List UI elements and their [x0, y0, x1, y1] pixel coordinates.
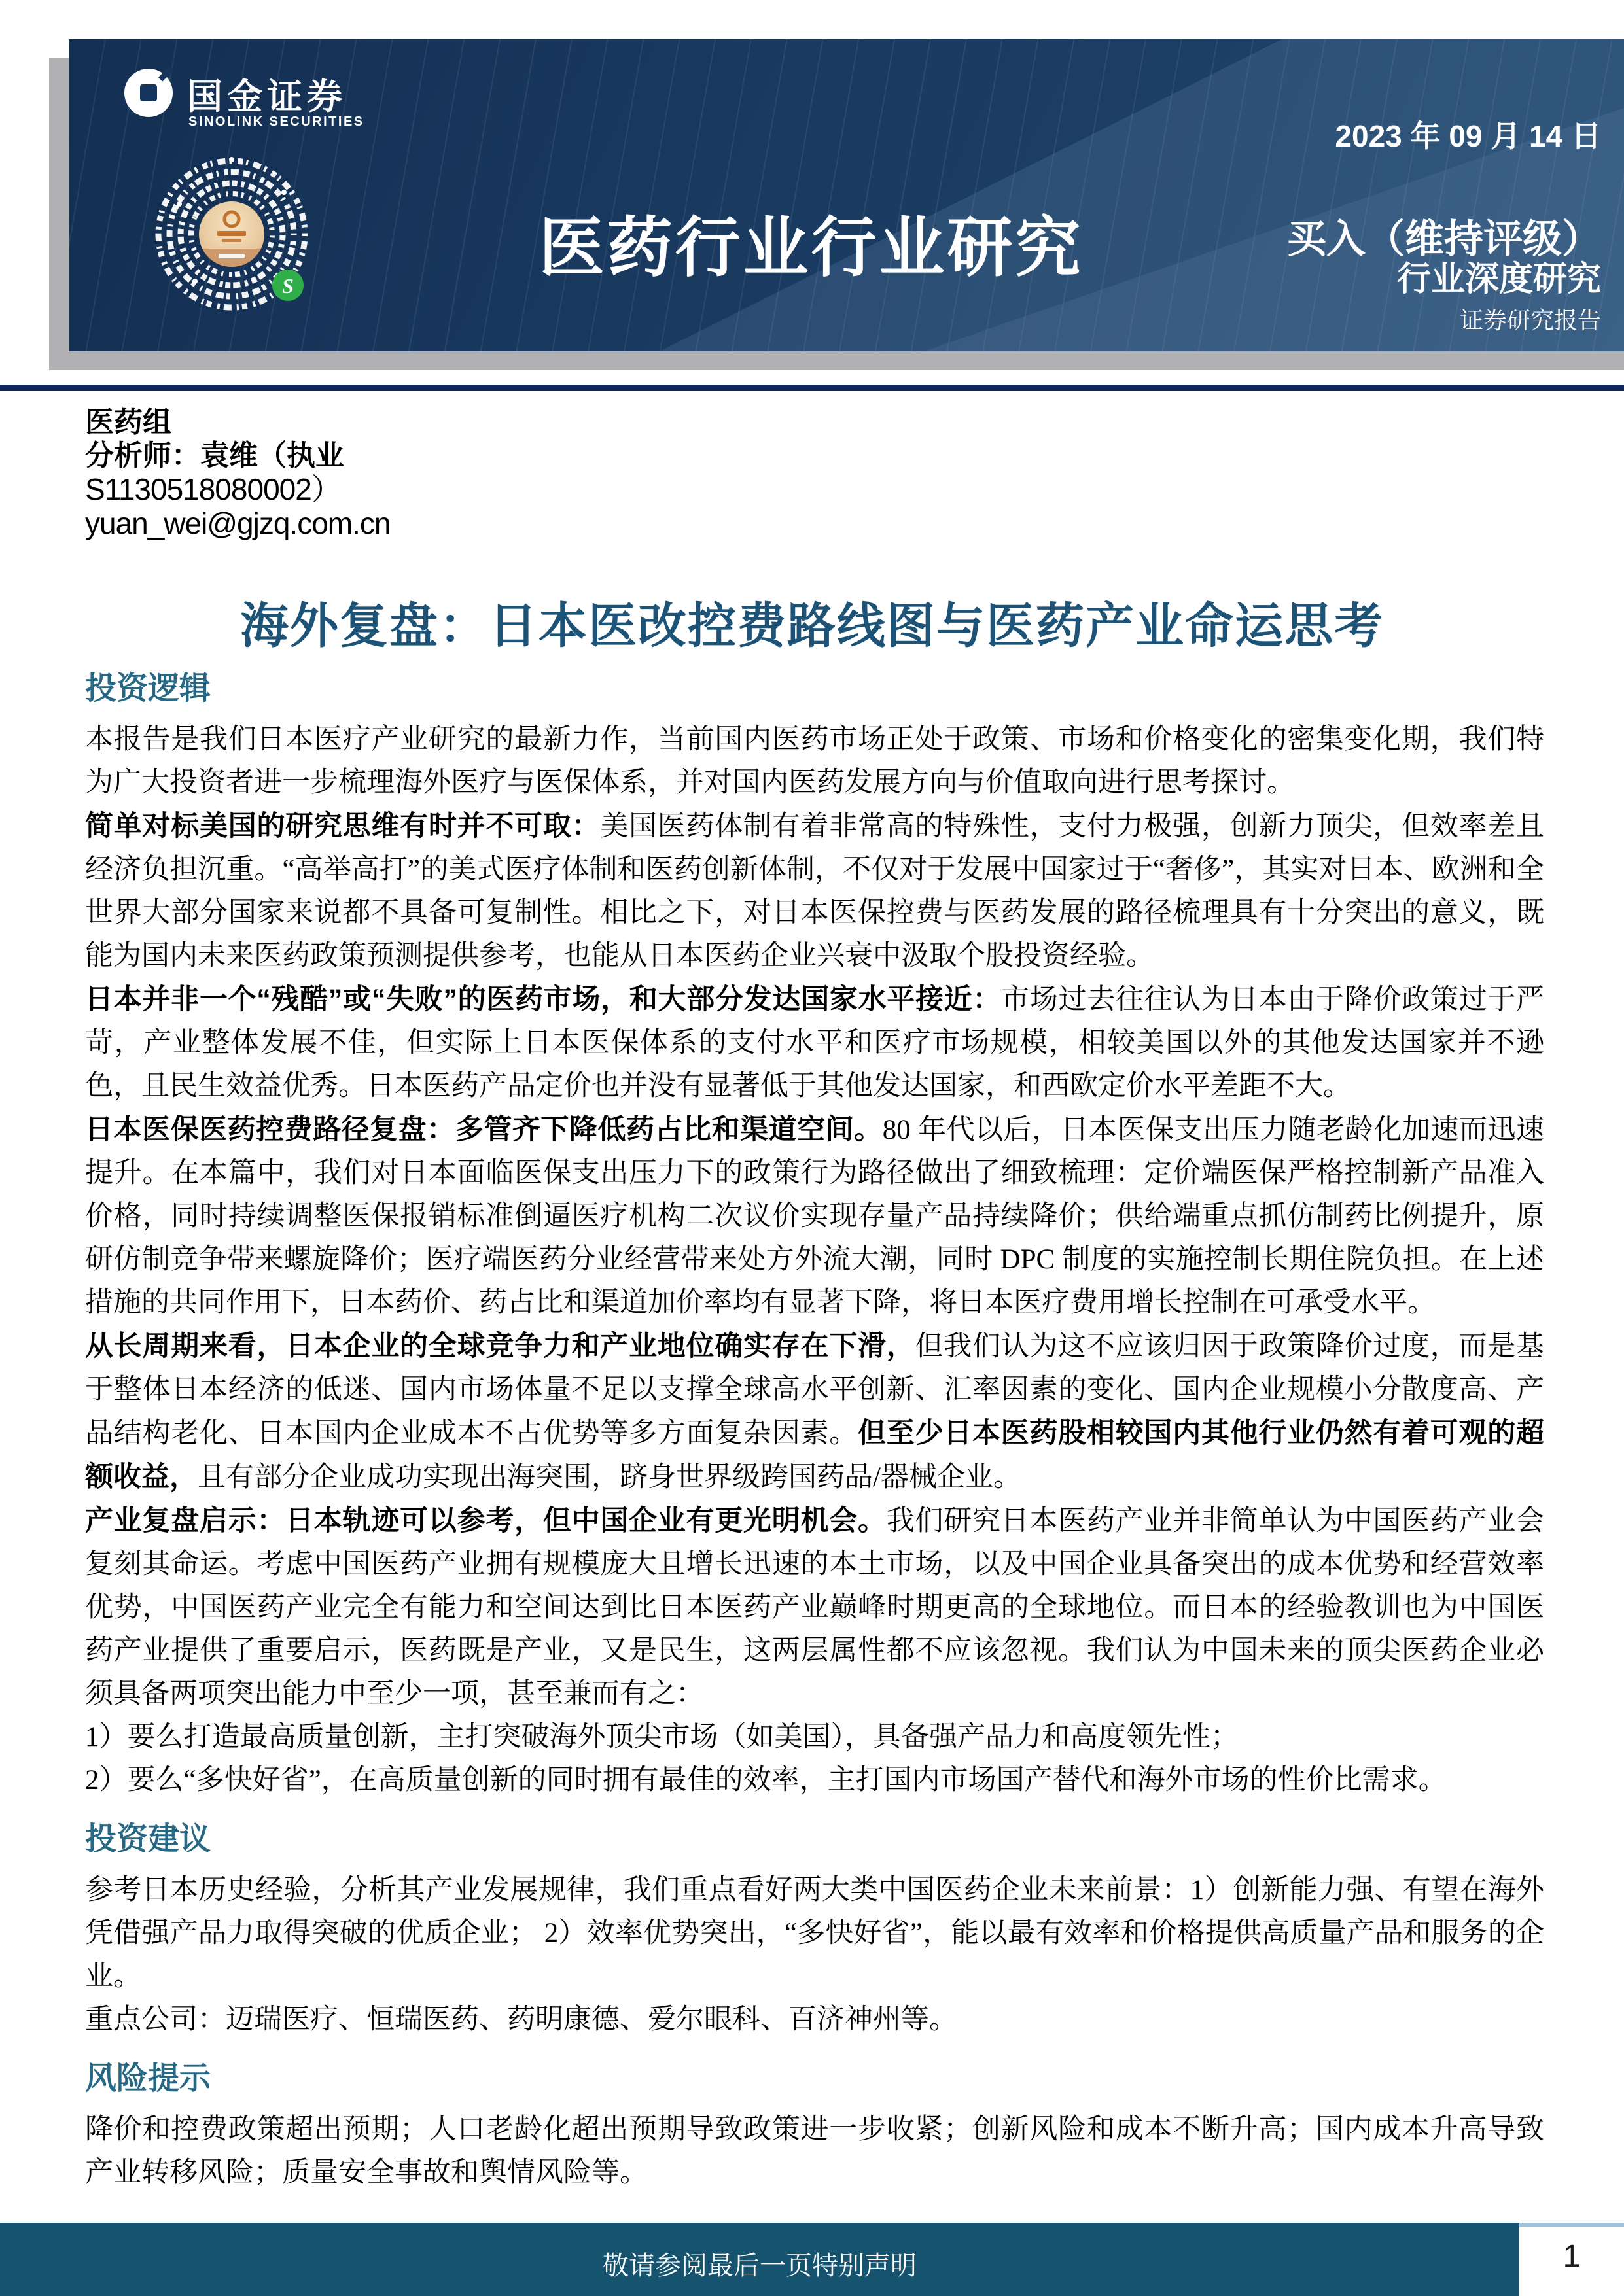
paragraph-text: 且有部分企业成功实现出海突围，跻身世界级跨国药品/器械企业。	[198, 1462, 1021, 1493]
article-body: 投资逻辑本报告是我们日本医疗产业研究的最新力作，当前国内医药市场正处于政策、市场…	[85, 669, 1544, 2195]
paragraph: 简单对标美国的研究思维有时并不可取：美国医药体制有着非常高的特殊性，支付力极强，…	[85, 805, 1544, 978]
footer-bar: 敬请参阅最后一页特别声明	[0, 2223, 1519, 2296]
paragraph: 重点公司：迈瑞医疗、恒瑞医药、药明康德、爱尔眼科、百济神州等。	[85, 1998, 1544, 2042]
header-divider	[0, 385, 1624, 391]
brand-name-en: SINOLINK SECURITIES	[188, 114, 364, 130]
paragraph: 参考日本历史经验，分析其产业发展规律，我们重点看好两大类中国医药企业未来前景：1…	[85, 1869, 1544, 1998]
analyst-group: 医药组	[85, 406, 390, 439]
paragraph-text: 降价和控费政策超出预期；人口老龄化超出预期导致政策进一步收紧；创新风险和成本不断…	[85, 2114, 1544, 2188]
section-heading: 投资建议	[85, 1819, 1544, 1860]
section-heading: 风险提示	[85, 2059, 1544, 2099]
paragraph-lead-bold: 日本医保医药控费路径复盘：多管齐下降低药占比和渠道空间。	[85, 1114, 883, 1145]
analyst-name-line: 分析师：袁维（执业	[85, 439, 390, 472]
analyst-block: 医药组 分析师：袁维（执业 S1130518080002） yuan_wei@g…	[85, 406, 390, 540]
page-number-box: 1	[1519, 2223, 1624, 2296]
paragraph: 2）要么“多快好省”，在高质量创新的同时拥有最佳的效率，主打国内市场国产替代和海…	[85, 1759, 1544, 1802]
report-page: 国金证券 SINOLINK SECURITIES	[0, 0, 1624, 2296]
report-date: 2023 年 09 月 14 日	[1335, 113, 1601, 156]
paragraph-lead-bold: 从长周期来看，日本企业的全球竞争力和产业地位确实存在下滑，	[85, 1331, 915, 1362]
paragraph-lead-bold: 产业复盘启示：日本轨迹可以参考，但中国企业有更光明机会。	[85, 1505, 887, 1537]
page-number: 1	[1519, 2238, 1624, 2274]
paragraph: 1）要么打造最高质量创新，主打突破海外顶尖市场（如美国），具备强产品力和高度领先…	[85, 1716, 1544, 1759]
paragraph: 本报告是我们日本医疗产业研究的最新力作，当前国内医药市场正处于政策、市场和价格变…	[85, 718, 1544, 805]
analyst-email[interactable]: yuan_wei@gjzq.com.cn	[85, 506, 390, 540]
paragraph-text: 参考日本历史经验，分析其产业发展规律，我们重点看好两大类中国医药企业未来前景：1…	[85, 1875, 1544, 1992]
coin-hole	[140, 84, 157, 101]
paragraph-lead-bold: 日本并非一个“残酷”或“失败”的医药市场，和大部分发达国家水平接近：	[85, 984, 1001, 1015]
paragraph-lead-bold: 简单对标美国的研究思维有时并不可取：	[85, 810, 600, 842]
report-category: 证券研究报告	[1460, 302, 1601, 336]
paragraph-text: 本报告是我们日本医疗产业研究的最新力作，当前国内医药市场正处于政策、市场和价格变…	[85, 724, 1544, 798]
coin-notch	[158, 66, 173, 81]
paragraph: 产业复盘启示：日本轨迹可以参考，但中国企业有更光明机会。我们研究日本医药产业并非…	[85, 1499, 1544, 1716]
article-title: 海外复盘：日本医改控费路线图与医药产业命运思考	[0, 587, 1624, 657]
brand-name-cn: 国金证券	[187, 69, 347, 119]
paragraph: 日本医保医药控费路径复盘：多管齐下降低药占比和渠道空间。80 年代以后，日本医保…	[85, 1108, 1544, 1325]
paragraph: 从长周期来看，日本企业的全球竞争力和产业地位确实存在下滑，但我们认为这不应该归因…	[85, 1325, 1544, 1499]
report-type: 行业深度研究	[1397, 251, 1601, 300]
paragraph: 降价和控费政策超出预期；人口老龄化超出预期导致政策进一步收紧；创新风险和成本不断…	[85, 2108, 1544, 2195]
paragraph: 日本并非一个“残酷”或“失败”的医药市场，和大部分发达国家水平接近：市场过去往往…	[85, 978, 1544, 1108]
header-banner: 国金证券 SINOLINK SECURITIES	[69, 39, 1624, 351]
footer-disclaimer: 敬请参阅最后一页特别声明	[0, 2245, 1519, 2282]
paragraph-text: 重点公司：迈瑞医疗、恒瑞医药、药明康德、爱尔眼科、百济神州等。	[85, 2004, 957, 2035]
section-heading: 投资逻辑	[85, 669, 1544, 709]
paragraph-text: 1）要么打造最高质量创新，主打突破海外顶尖市场（如美国），具备强产品力和高度领先…	[85, 1722, 1239, 1752]
analyst-license-id: S1130518080002）	[85, 472, 390, 506]
sinolink-coin-icon	[124, 69, 173, 117]
paragraph-text: 2）要么“多快好省”，在高质量创新的同时拥有最佳的效率，主打国内市场国产替代和海…	[85, 1765, 1447, 1796]
